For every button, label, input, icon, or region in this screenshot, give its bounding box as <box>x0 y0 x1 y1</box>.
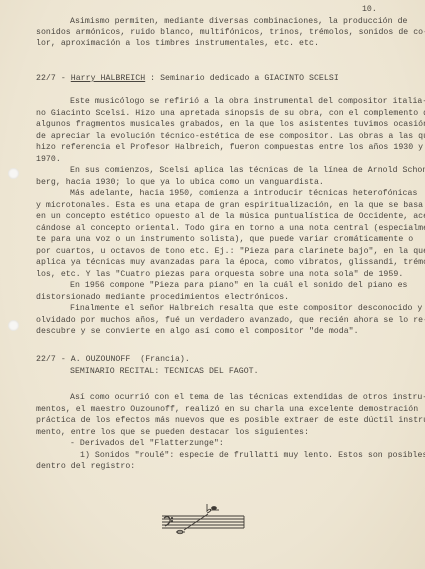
text-line: los, etc. Y las "Cuatro piezas para orqu… <box>36 269 403 280</box>
list-item: - Derivados del "Flatterzunge": <box>70 438 224 449</box>
text-line: distorsionado mediante procedimientos el… <box>36 292 289 303</box>
seminar-title: : Seminario dedicado a GIACINTO SCELSI <box>150 74 339 83</box>
text-line: y microtonales. Esta es una etapa de gra… <box>36 200 423 211</box>
text-line: en un concepto estético opuesto al de la… <box>36 211 425 222</box>
text-line: Finalmente el señor Halbreich resalta qu… <box>70 303 422 314</box>
music-staff-icon <box>162 502 246 538</box>
text-line: aplica ya técnicas muy avanzadas para la… <box>36 257 425 268</box>
text-line: hizo referencia el Profesor Halbreich, f… <box>36 142 423 153</box>
text-line: cándose al concepto oriental. Todo gira … <box>36 223 425 234</box>
heading-date: 22/7 - <box>36 74 66 83</box>
text-line: práctica de los efectos más nuevos que e… <box>36 415 425 426</box>
punch-hole <box>8 168 19 179</box>
section-heading: 22/7 - A. OUZOUNOFF (Francia). <box>36 354 190 365</box>
section-heading: 22/7 - Harry HALBREICH : Seminario dedic… <box>36 73 339 84</box>
text-line: En 1956 compone "Pieza para piano" en la… <box>70 280 408 291</box>
text-line: dentro del registro: <box>36 461 135 472</box>
text-line: En sus comienzos, Scelsi aplica las técn… <box>70 165 425 176</box>
text-line: mento, entre los que se pueden destacar … <box>36 427 309 438</box>
text-line: descubre y se convierte en algo así como… <box>36 326 359 337</box>
text-line: por cuartos, u octavos de tono etc. Ej.:… <box>36 246 425 257</box>
text-line: sonidos armónicos, ruido blanco, multifó… <box>36 27 425 38</box>
text-line: no Giacinto Scelsi. Hizo una apretada si… <box>36 108 425 119</box>
page-number: 10. <box>362 5 377 14</box>
text-line: Asimismo permiten, mediante diversas com… <box>70 16 408 27</box>
text-line: lor, aproximación a los timbres instrume… <box>36 38 319 49</box>
text-line: Este musicólogo se refirió a la obra ins… <box>70 96 425 107</box>
text-line: Así como ocurrió con el tema de las técn… <box>70 392 425 403</box>
text-line: Más adelante, hacia 1950, comienza a int… <box>70 188 417 199</box>
text-line: berg, hacia 1930; lo que ya lo ubica com… <box>36 177 324 188</box>
punch-hole <box>8 320 19 331</box>
text-line: mentos, el maestro Ouzounoff, realizó en… <box>36 404 418 415</box>
list-subitem: 1) Sonidos "roulé": especie de frullatti… <box>80 450 425 461</box>
speaker-name: Harry HALBREICH <box>71 74 145 83</box>
text-line: 1970. <box>36 154 61 165</box>
text-line: de apreciar la evolución técnico-estétic… <box>36 131 425 142</box>
document-page: 10. Asimismo permiten, mediante diversas… <box>0 0 425 569</box>
section-subheading: SEMINARIO RECITAL: TECNICAS DEL FAGOT. <box>70 366 259 377</box>
text-line: algunos fragmentos musicales grabados, e… <box>36 119 425 130</box>
text-line: olvidado por muchos años, fué un verdade… <box>36 315 425 326</box>
text-line: te para una voz o un instrumento solista… <box>36 234 413 245</box>
